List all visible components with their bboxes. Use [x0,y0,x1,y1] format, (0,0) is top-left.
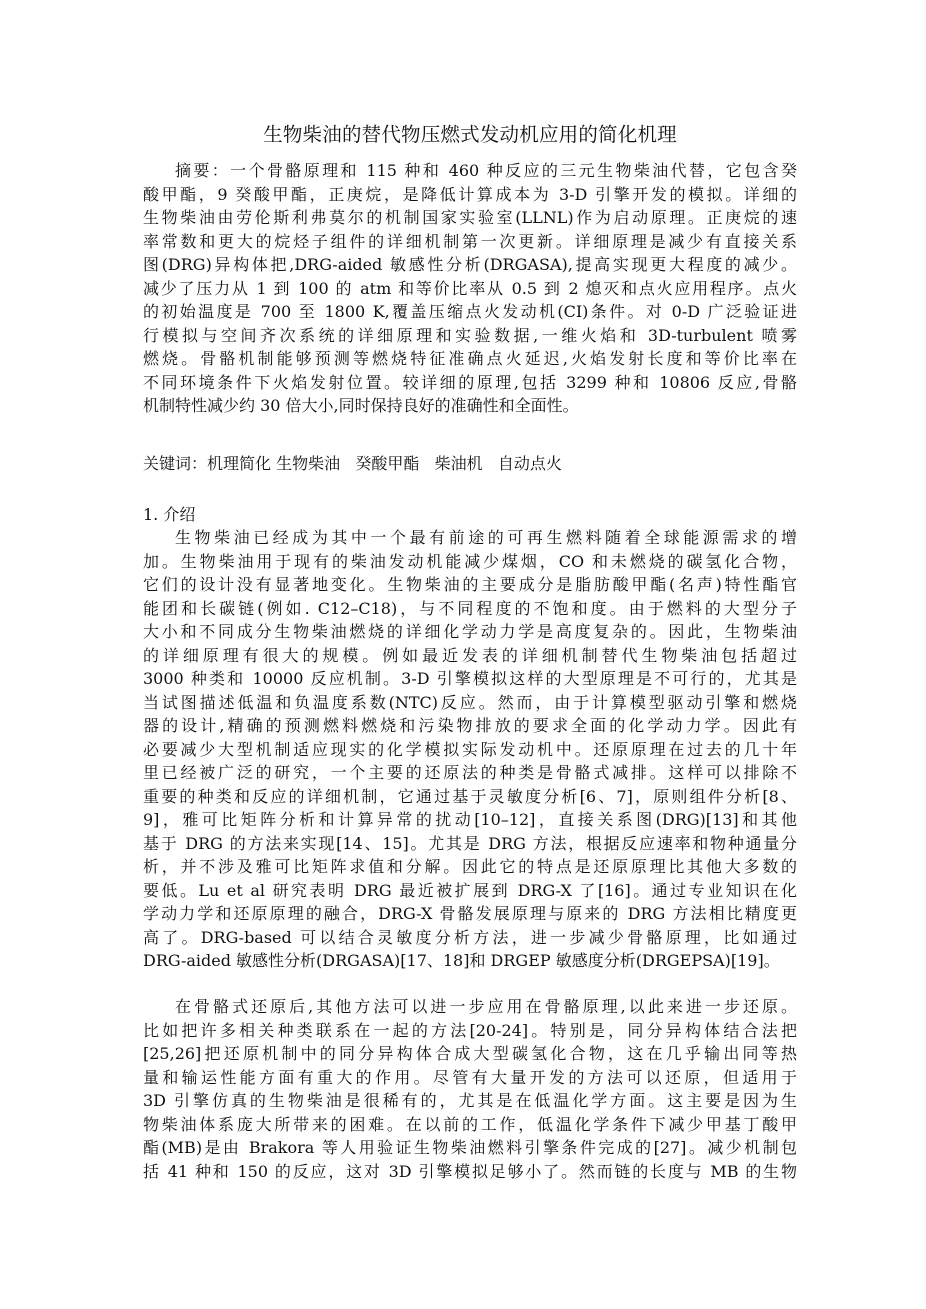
paragraph-line: 比如把许多相关种类联系在一起的方法[20-24]。特别是，同分异构体结合法把 [143,1019,797,1043]
paragraph-line: 要低。Lu et al 研究表明 DRG 最近被扩展到 DRG-X 了[16]。… [143,879,797,903]
intro-paragraph-1: 生物柴油已经成为其中一个最有前途的可再生燃料随着全球能源需求的增 加。生物柴油用… [143,526,797,973]
paragraph-line: 在骨骼式还原后,其他方法可以进一步应用在骨骼原理,以此来进一步还原。 [143,995,797,1019]
abstract: 摘要：一个骨骼原理和 115 种和 460 种反应的三元生物柴油代替，它包含癸 … [143,159,797,418]
section-heading-introduction: 1. 介绍 [143,503,195,527]
paragraph-line: 生物柴油已经成为其中一个最有前途的可再生燃料随着全球能源需求的增 [143,526,797,550]
abstract-line: 行模拟与空间齐次系统的详细原理和实验数据,一维火焰和 3D-turbulent … [143,324,797,348]
paragraph-line: 的详细原理有很大的规模。例如最近发表的详细机制替代生物柴油包括超过 [143,644,797,668]
paragraph-line: 3000 种类和 10000 反应机制。3-D 引擎模拟这样的大型原理是不可行的… [143,667,797,691]
abstract-line: 减少了压力从 1 到 100 的 atm 和等价比率从 0.5 到 2 熄灭和点… [143,277,797,301]
paragraph-line: 学动力学和还原原理的融合，DRG-X 骨骼发展原理与原来的 DRG 方法相比精度… [143,902,797,926]
abstract-line: 机制特性减少约 30 倍大小,同时保持良好的准确性和全面性。 [143,394,797,418]
abstract-line: 酸甲酯，9 癸酸甲酯，正庚烷，是降低计算成本为 3-D 引擎开发的模拟。详细的 [143,183,797,207]
abstract-line: 摘要：一个骨骼原理和 115 种和 460 种反应的三元生物柴油代替，它包含癸 [143,159,797,183]
abstract-line: 图(DRG)异构体把,DRG-aided 敏感性分析(DRGASA),提高实现更… [143,253,797,277]
paragraph-line: [25,26]把还原机制中的同分异构体合成大型碳氢化合物，这在几乎输出同等热 [143,1042,797,1066]
paragraph-line: 物柴油体系庞大所带来的困难。在以前的工作，低温化学条件下减少甲基丁酸甲 [143,1113,797,1137]
abstract-line: 生物柴油由劳伦斯利弗莫尔的机制国家实验室(LLNL)作为启动原理。正庚烷的速 [143,206,797,230]
paragraph-line: 器的设计,精确的预测燃料燃烧和污染物排放的要求全面的化学动力学。因此有 [143,714,797,738]
paragraph-line: 基于 DRG 的方法来实现[14、15]。尤其是 DRG 方法，根据反应速率和物… [143,832,797,856]
paragraph-line: 括 41 种和 150 的反应，这对 3D 引擎模拟足够小了。然而链的长度与 M… [143,1160,797,1184]
paragraph-line: 酯(MB)是由 Brakora 等人用验证生物柴油燃料引擎条件完成的[27]。减… [143,1136,797,1160]
keywords: 关键词：机理简化 生物柴油 癸酸甲酯 柴油机 自动点火 [143,452,562,476]
paragraph-line: 能团和长碳链(例如. C12–C18)，与不同程度的不饱和度。由于燃料的大型分子 [143,597,797,621]
paragraph-line: 大小和不同成分生物柴油燃烧的详细化学动力学是高度复杂的。因此，生物柴油 [143,620,797,644]
paragraph-line: 当试图描述低温和负温度系数(NTC)反应。然而，由于计算模型驱动引擎和燃烧 [143,691,797,715]
intro-paragraph-2: 在骨骼式还原后,其他方法可以进一步应用在骨骼原理,以此来进一步还原。 比如把许多… [143,995,797,1183]
abstract-line: 率常数和更大的烷烃子组件的详细机制第一次更新。详细原理是减少有直接关系 [143,230,797,254]
paragraph-line: 高了。DRG-based 可以结合灵敏度分析方法，进一步减少骨骼原理，比如通过 [143,926,797,950]
abstract-line: 燃烧。骨骼机制能够预测等燃烧特征准确点火延迟,火焰发射长度和等价比率在 [143,347,797,371]
paragraph-line: 析，并不涉及雅可比矩阵求值和分解。因此它的特点是还原原理比其他大多数的 [143,855,797,879]
paragraph-line: 里已经被广泛的研究，一个主要的还原法的种类是骨骼式减排。这样可以排除不 [143,761,797,785]
abstract-line: 不同环境条件下火焰发射位置。较详细的原理,包括 3299 种和 10806 反应… [143,371,797,395]
paragraph-line: 加。生物柴油用于现有的柴油发动机能减少煤烟，CO 和未燃烧的碳氢化合物， [143,550,797,574]
paragraph-line: 它们的设计没有显著地变化。生物柴油的主要成分是脂肪酸甲酯(名声)特性酯官 [143,573,797,597]
paragraph-line: 9]，雅可比矩阵分析和计算异常的扰动[10–12]，直接关系图(DRG)[13]… [143,808,797,832]
paragraph-line: 3D 引擎仿真的生物柴油是很稀有的，尤其是在低温化学方面。这主要是因为生 [143,1089,797,1113]
paragraph-line: 量和输运性能方面有重大的作用。尽管有大量开发的方法可以还原，但适用于 [143,1066,797,1090]
paragraph-line: 重要的种类和反应的详细机制，它通过基于灵敏度分析[6、7]，原则组件分析[8、 [143,785,797,809]
abstract-line: 的初始温度是 700 至 1800 K,覆盖压缩点火发动机(CI)条件。对 0-… [143,300,797,324]
document-title: 生物柴油的替代物压燃式发动机应用的简化机理 [143,122,797,148]
paragraph-line: DRG-aided 敏感性分析(DRGASA)[17、18]和 DRGEP 敏感… [143,949,797,973]
paragraph-line: 必要减少大型机制适应现实的化学模拟实际发动机中。还原原理在过去的几十年 [143,738,797,762]
